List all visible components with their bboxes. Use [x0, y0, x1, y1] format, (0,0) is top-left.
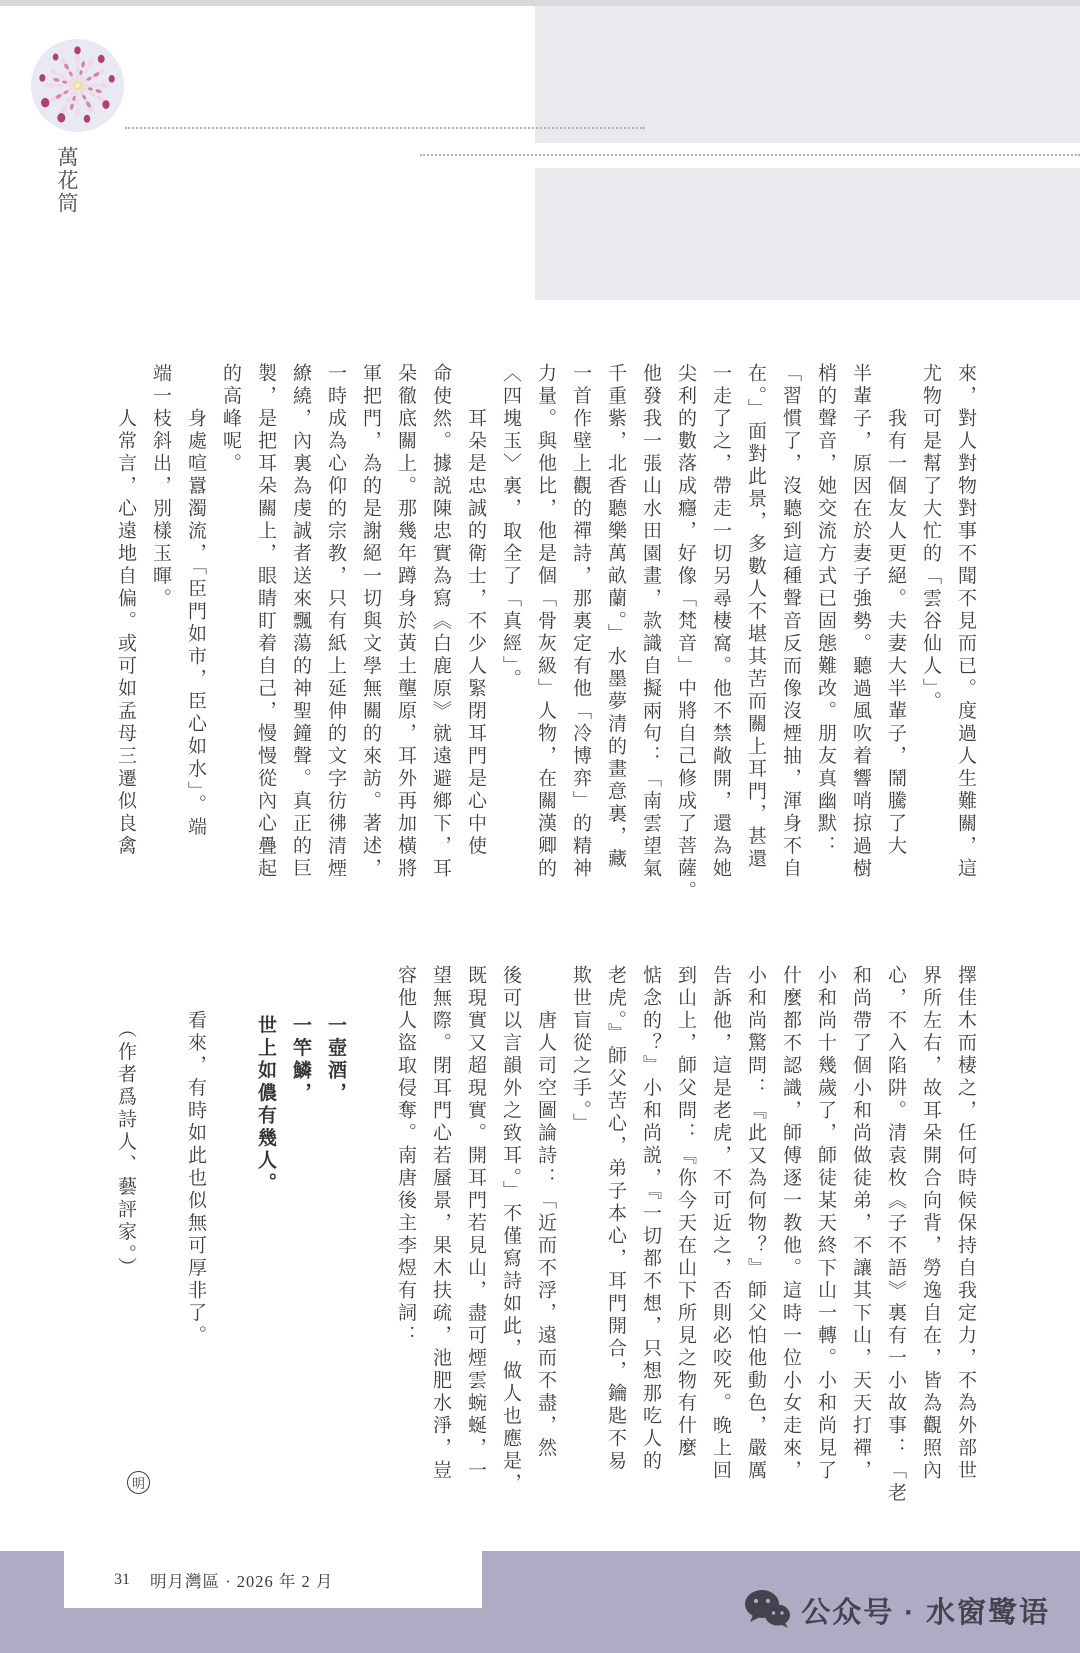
text-column: 後可以言韻外之致耳。」不僅寫詩如此，做人也應是， [493, 965, 528, 1498]
text-column: 〈四塊玉〉裏，取全了「真經」。 [493, 363, 528, 878]
text-column: 尖利的數落成癮，好像「梵音」中將自己修成了菩薩。 [668, 363, 703, 878]
text-column: 梢的聲音，她交流方式已固態難改。朋友真幽默： [808, 363, 843, 878]
text-column: 欺世盲從之手。」 [563, 965, 598, 1498]
text-column: 在。」面對此景，多數人不堪其苦而關上耳門，甚還 [738, 363, 773, 878]
text-column: 命使然。據説陳忠實為寫《白鹿原》就遠避鄉下，耳 [423, 363, 458, 878]
text-column: 容他人盜取侵奪。南唐後主李煜有詞： [388, 965, 423, 1498]
text-column: 一時成為心仰的宗教，只有紙上延伸的文字彷彿清煙 [318, 363, 353, 878]
header-block-bottom [535, 168, 1080, 300]
text-column: 既現實又超現實。開耳門若見山，盡可煙雲蜿蜒，一 [458, 965, 493, 1498]
text-column: 尤物可是幫了大忙的「雲谷仙人」。 [913, 363, 948, 878]
text-column: 唐人司空圖論詩：「近而不浮，遠而不盡，然 [528, 965, 563, 1498]
text-column: 到山上，師父問：『你今天在山下所見之物有什麼 [668, 965, 703, 1498]
text-column: 擇佳木而棲之，任何時候保持自我定力，不為外部世 [948, 965, 983, 1498]
header-dotted-rule-2 [420, 154, 1080, 156]
text-column: 力量。與他比，他是個「骨灰級」人物，在關漢卿的 [528, 363, 563, 878]
text-column: 人常言，心遠地自偏。或可如孟母三遷似良禽 [108, 363, 143, 878]
text-column: 半輩子，原因在於妻子強勢。聽過風吹着響哨掠過樹 [843, 363, 878, 878]
text-column: 一走了之，帶走一切另尋棲窩。他不禁敞開，還為她 [703, 363, 738, 878]
text-column: 「習慣了，沒聽到這種聲音反而像沒煙抽，渾身不自 [773, 363, 808, 878]
text-column: 端一枝斜出，別樣玉暉。 [143, 363, 178, 878]
text-column: 和尚帶了個小和尚做徒弟，不讓其下山，天天打禪， [843, 965, 878, 1498]
wechat-watermark: 公众号 · 水窗鹭语 [743, 1588, 1050, 1633]
lower-text-block: 擇佳木而棲之，任何時候保持自我定力，不為外部世界所左右，故耳朵開合向背，勞逸自在… [108, 965, 983, 1498]
text-column: 小和尚十幾歲了，師徒某天終下山一轉。小和尚見了 [808, 965, 843, 1498]
section-label: 萬花筒 [52, 146, 82, 215]
text-column: 一首作壁上觀的禪詩，那裏定有他「冷博弈」的精神 [563, 363, 598, 878]
text-column: 的高峰呢。 [213, 363, 248, 878]
upper-text-block: 來，對人對物對事不聞不見而已。度過人生難關，這尤物可是幫了大忙的「雲谷仙人」。我… [108, 363, 983, 878]
magazine-page: { "page": { "section_label": "萬花筒", "end… [0, 0, 1080, 1653]
wechat-icon [743, 1588, 791, 1633]
text-column: 千重紫，北香聽樂萬畝蘭。」水墨夢清的畫意裏，藏 [598, 363, 633, 878]
page-number: 31 [114, 1571, 130, 1589]
text-column: 他發我一張山水田園畫，款識自擬兩句：「南雲望氣 [633, 363, 668, 878]
text-column: 界所左右，故耳朵開合向背，勞逸自在，皆為觀照內 [913, 965, 948, 1498]
header-block-top [535, 6, 1080, 143]
text-column: 小和尚驚問：『此又為何物？』師父怕他動色，嚴厲 [738, 965, 773, 1498]
chrysanthemum-image [30, 38, 125, 133]
text-column: 朵徹底關上。那幾年蹲身於黃土壟原，耳外再加橫將 [388, 363, 423, 878]
article-end-mark: 明 [127, 1471, 150, 1494]
text-column: 老虎。』師父苦心，弟子本心，耳門開合，鑰匙不易 [598, 965, 633, 1498]
text-column: 我有一個友人更絕。夫妻大半輩子，鬧騰了大 [878, 363, 913, 878]
text-column: 看來，有時如此也似無可厚非了。 [178, 965, 213, 1498]
text-column: 身處喧囂濁流，「臣門如市，臣心如水」。端 [178, 363, 213, 878]
text-column: 來，對人對物對事不聞不見而已。度過人生難關，這 [948, 363, 983, 878]
text-column: 心，不入陷阱。清袁枚《子不語》裏有一小故事：「老 [878, 965, 913, 1498]
text-column: 繚繞，內裏為虔誠者送來飄蕩的神聖鐘聲。真正的巨 [283, 363, 318, 878]
flower-photo [30, 38, 125, 133]
edition-label: 明月灣區 · 2026 年 2 月 [150, 1568, 333, 1592]
text-column: 告訴他，這是老虎，不可近之，否則必咬死。晚上回 [703, 965, 738, 1498]
watermark-text: 公众号 · 水窗鹭语 [801, 1590, 1050, 1631]
text-column: 軍把門，為的是謝絕一切與文學無關的來訪。著述， [353, 363, 388, 878]
text-column: （作者爲詩人、藝評家。） [108, 965, 143, 1498]
footer-page-info: 31 明月灣區 · 2026 年 2 月 [64, 1551, 482, 1608]
text-column: 什麼都不認識，師傅逐一教他。這時一位小女走來， [773, 965, 808, 1498]
text-column: 製，是把耳朵關上，眼睛盯着自己，慢慢從內心疊起 [248, 363, 283, 878]
text-column: 惦念的？』小和尚説，『一切都不想，只想那吃人的 [633, 965, 668, 1498]
text-column: 一竿鱗， [283, 965, 318, 1498]
text-column: 耳朵是忠誠的衛士，不少人緊閉耳門是心中使 [458, 363, 493, 878]
text-column: 一壺酒， [318, 965, 353, 1498]
text-column: 望無際。閉耳門心若蜃景，果木扶疏，池肥水淨，豈 [423, 965, 458, 1498]
text-column: 世上如儂有幾人。 [248, 965, 283, 1498]
header-dotted-rule-1 [125, 127, 645, 129]
